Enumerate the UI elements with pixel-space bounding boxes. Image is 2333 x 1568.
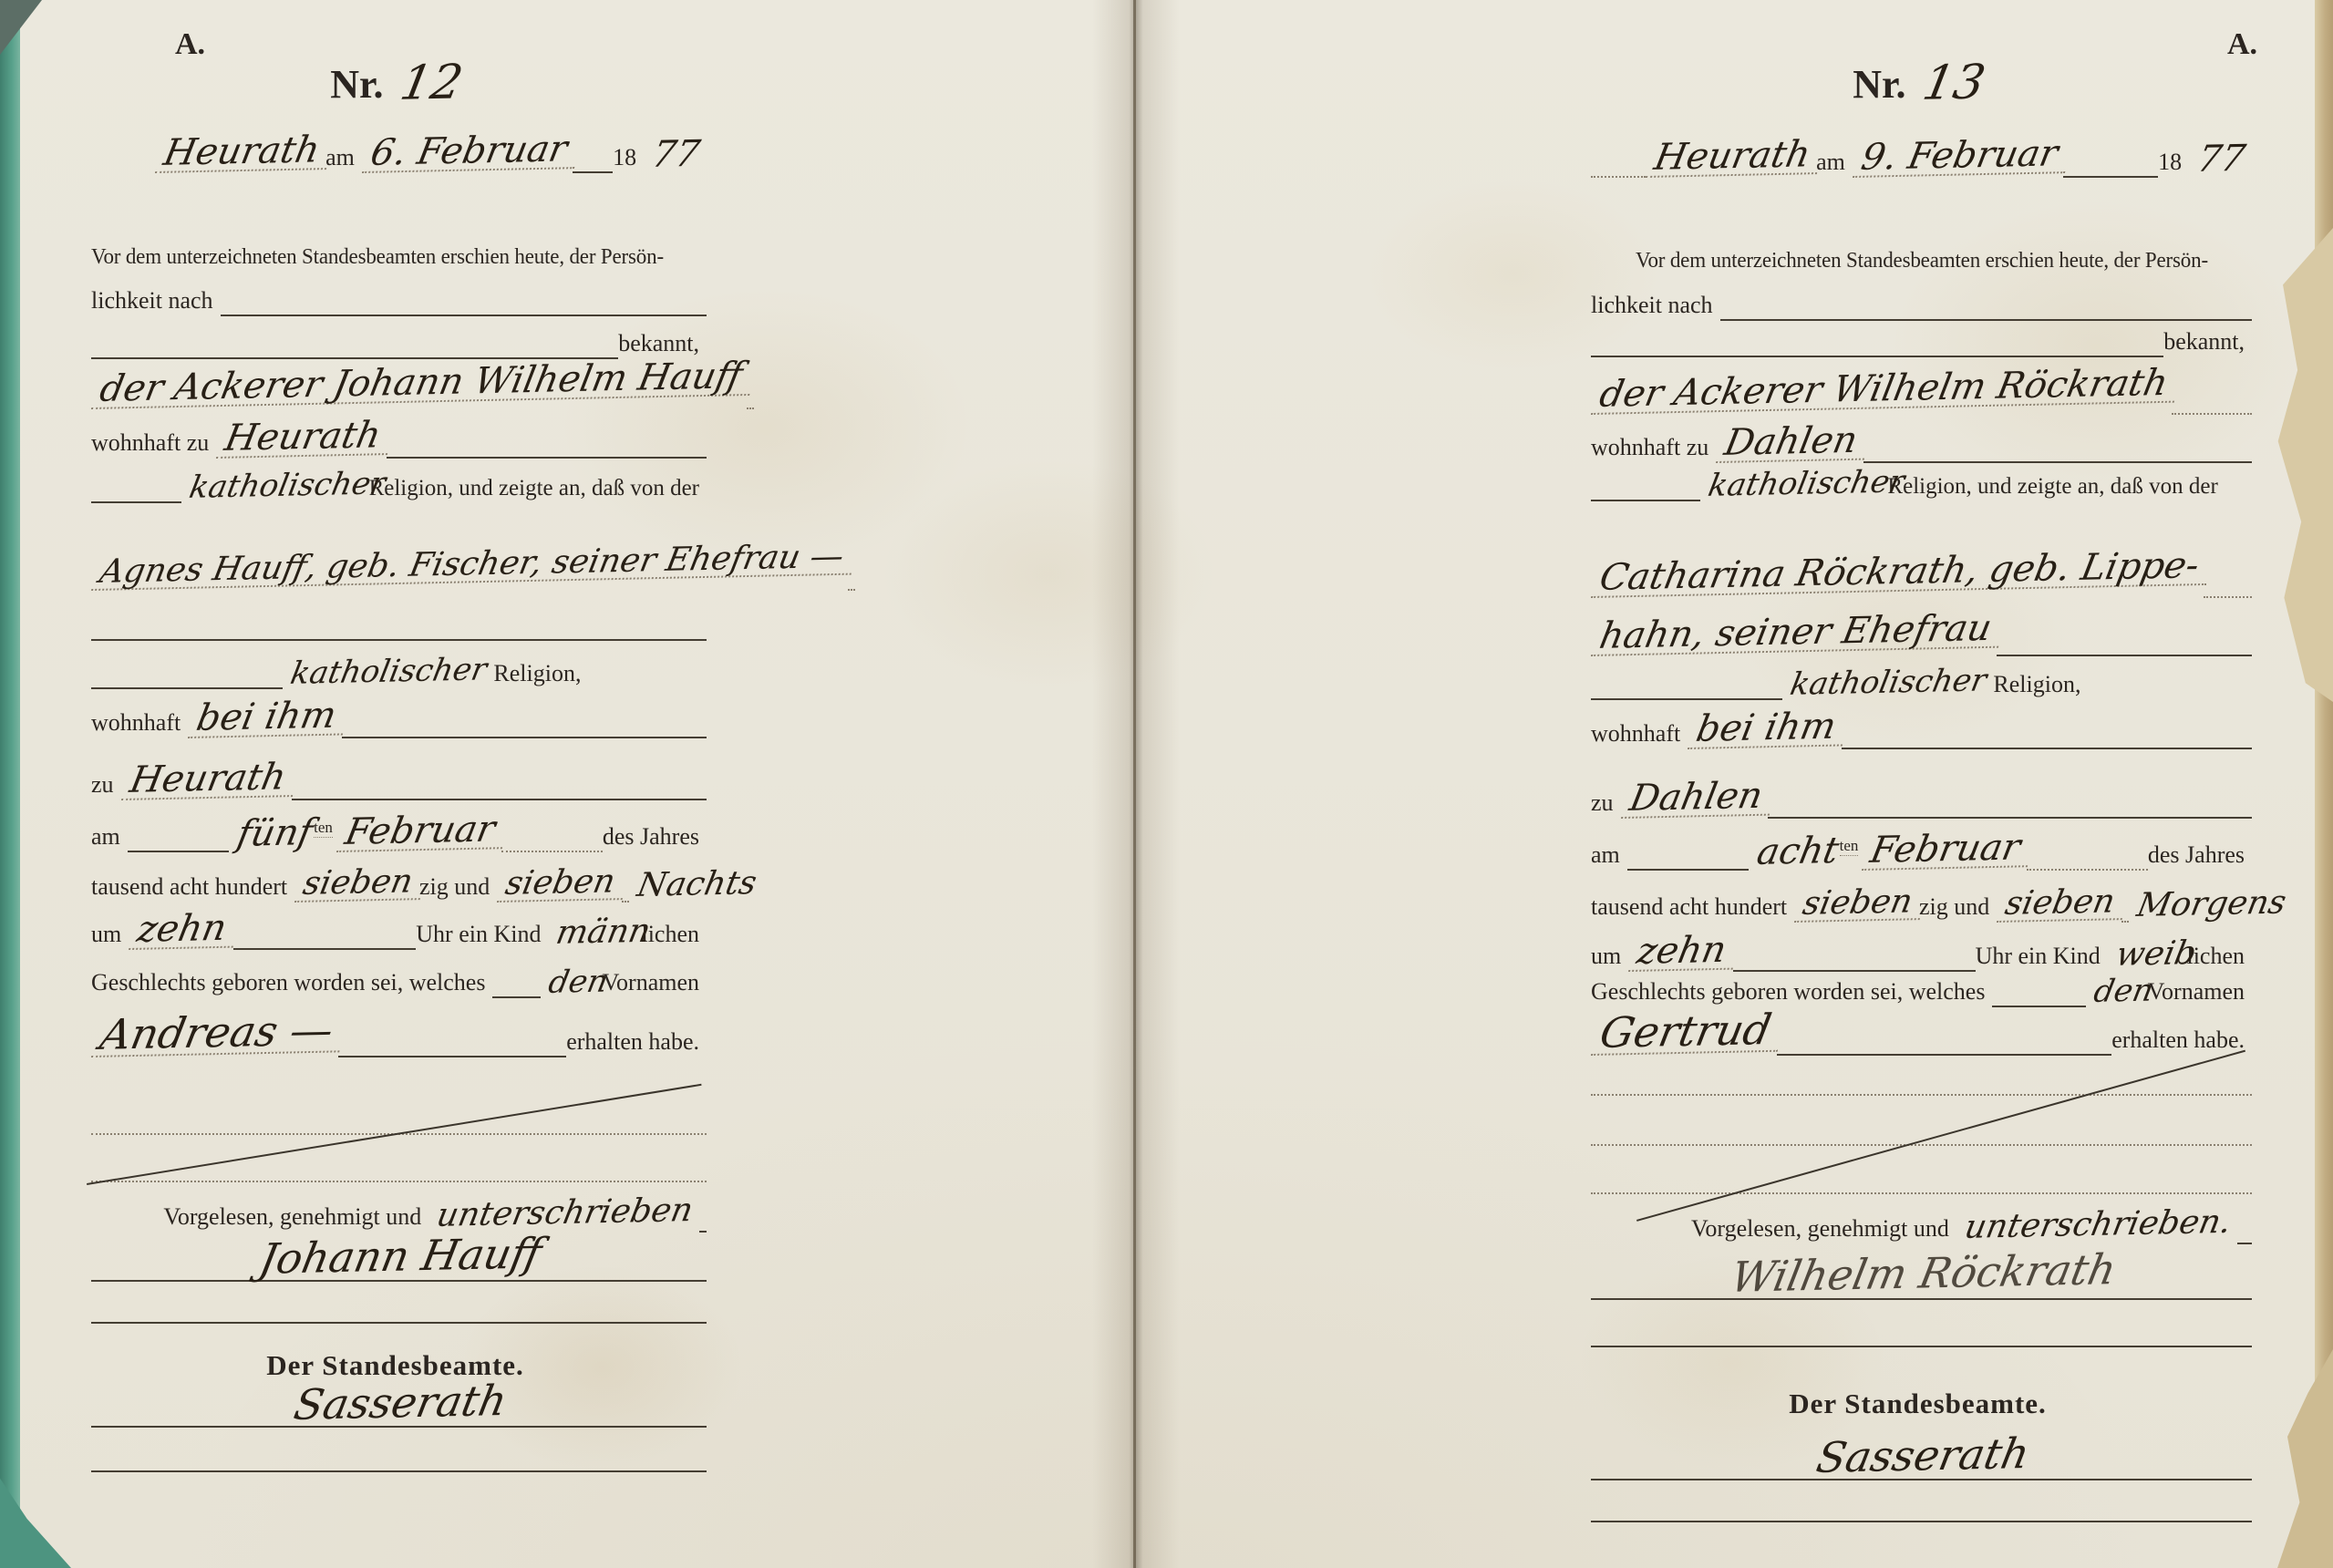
bekannt-label: bekannt, [2163, 328, 2252, 357]
intro-row: Vor dem unterzeichneten Standesbeamten e… [1591, 233, 2252, 275]
geschlechts-row: Geschlechts geboren worden sei, welches … [91, 956, 707, 998]
religion-notice: Religion, und zeigte an, daß von der [1887, 474, 2225, 501]
am-label: am [1591, 841, 1627, 871]
den-handwritten: den [2086, 975, 2167, 1007]
residence-handwritten: Heurath [216, 417, 395, 459]
birthtime-row: um zehn Uhr ein Kind männ lichen [91, 908, 707, 950]
declarant-row: der Ackerer Johann Wilhelm Hauff [91, 367, 707, 409]
dotted-fill [1591, 1144, 2252, 1146]
rule-fill [1591, 698, 1782, 700]
tausend-label: tausend acht hundert [1591, 893, 1794, 923]
religion-row: katholischer Religion, und zeigte an, da… [91, 461, 707, 503]
zu-label: zu [91, 771, 121, 800]
intro-text: Vor dem unterzeichneten Standesbeamten e… [91, 244, 670, 272]
year-handwritten: 77 [2189, 140, 2259, 178]
birthplace-row: zu Dahlen [1591, 777, 2252, 819]
rule-fill [1627, 869, 1749, 871]
uhr-label: Uhr ein Kind [416, 921, 548, 950]
rule-fill [91, 1322, 707, 1324]
record-number-value: 13 [1914, 58, 1999, 108]
lichkeit-label: lichkeit nach [91, 287, 221, 316]
final-rule-row [91, 1430, 707, 1472]
rule-fill [233, 948, 417, 950]
am-label: am [1816, 149, 1853, 178]
date-handwritten: 9. Februar [1853, 135, 2072, 178]
bekannt-row: bekannt, [1591, 315, 2252, 357]
mother-handwritten-2: hahn, seiner Ehefrau [1591, 610, 2006, 656]
year-units-handwritten: sieben [497, 865, 629, 903]
zig-und-label: zig und [1919, 893, 1997, 923]
residence-handwritten: Dahlen [1716, 422, 1872, 463]
birthyear-row: tausend acht hundert sieben zig und sieb… [1591, 881, 2252, 923]
rule-fill [2063, 176, 2158, 178]
dotted-fill [848, 589, 855, 591]
rule-fill [292, 799, 707, 800]
geschlechts-label: Geschlechts geboren worden sei, welches [91, 969, 492, 998]
record-number-row: Nr. 12 [91, 57, 707, 108]
right-page: A. Nr. 13 Heurath am 9. Februar 18 77 Vo… [1135, 0, 2333, 1568]
residence-row: wohnhaft zu Dahlen [1591, 421, 2252, 463]
rule-fill [2237, 1243, 2252, 1244]
zu-label: zu [1591, 789, 1621, 819]
year-tens-handwritten: sieben [1794, 885, 1926, 923]
des-jahres-label: des Jahres [603, 823, 707, 852]
wohnhaft-zu-label: wohnhaft zu [91, 429, 216, 459]
dotted-fill [91, 1181, 707, 1182]
birthplace-handwritten: Dahlen [1621, 778, 1777, 819]
tausend-label: tausend acht hundert [91, 873, 294, 903]
rule-fill [1591, 1521, 2252, 1522]
mother-row-2: hahn, seiner Ehefrau [1591, 607, 2252, 656]
record-number-row: Nr. 13 [1591, 57, 2252, 108]
scanned-register-spread: { "document_type": "German civil birth r… [0, 0, 2333, 1568]
birth-month-handwritten: Februar [1862, 829, 2035, 871]
blank-rule-row [1591, 1305, 2252, 1347]
registrar-signature-row: Sasserath [91, 1380, 707, 1428]
lichkeit-row: lichkeit nach [91, 274, 707, 316]
daypart-handwritten: Nachts [629, 867, 770, 903]
declarant-signature-row: Johann Hauff [91, 1234, 707, 1282]
rule-fill [1997, 655, 2252, 656]
rule-fill [338, 1056, 566, 1057]
nr-label: Nr. [330, 61, 390, 108]
rule-fill [1768, 817, 2252, 819]
rule-fill [1591, 356, 2163, 357]
place-handwritten: Heurath [1646, 136, 1824, 178]
dotted-fill [2204, 596, 2252, 598]
religion-handwritten: katholischer [1700, 466, 1918, 501]
religion2-row: katholischer Religion, [91, 647, 707, 689]
birthplace-row: zu Heurath [91, 758, 707, 800]
intro-text: Vor dem unterzeichneten Standesbeamten e… [1636, 248, 2214, 275]
vorgelesen-label: Vorgelesen, genehmigt und [163, 1203, 428, 1233]
record-number-value: 12 [391, 58, 477, 108]
rule-fill [221, 315, 707, 316]
rule-fill [342, 737, 707, 738]
place-handwritten: Heurath [155, 131, 334, 173]
mother-row: Agnes Hauff, geb. Fischer, seiner Ehefra… [91, 542, 707, 591]
rule-fill [1591, 1346, 2252, 1347]
mother-handwritten: Agnes Hauff, geb. Fischer, seiner Ehefra… [91, 541, 858, 591]
registrar-signature: Sasserath [285, 1379, 521, 1426]
declarant-signature: Johann Hauff [251, 1232, 556, 1280]
birth-day-handwritten: acht [1749, 832, 1853, 871]
mother-residence-handwritten: bei ihm [188, 696, 350, 738]
bekannt-label: bekannt, [618, 330, 707, 359]
religion-notice: Religion, und zeigte an, daß von der [369, 476, 707, 503]
blank-dotted-row [91, 1140, 707, 1182]
declarant-handwritten: der Ackerer Wilhelm Röckrath [1591, 365, 2182, 415]
dotted-fill [1591, 176, 1646, 178]
gender-handwritten: männ [548, 914, 664, 950]
geschlechts-label: Geschlechts geboren worden sei, welches [1591, 978, 1992, 1007]
year-print: 18 [613, 144, 644, 173]
intro-row: Vor dem unterzeichneten Standesbeamten e… [91, 230, 707, 272]
blank-rule-row [91, 1282, 707, 1324]
blank-dotted-row [1591, 1152, 2252, 1194]
child-name-handwritten: Gertrud [1591, 1008, 1786, 1056]
rule-fill [1591, 500, 1700, 501]
religion2-handwritten: katholischer [1782, 665, 2000, 700]
dotted-fill [747, 407, 754, 409]
erhalten-label: erhalten habe. [2111, 1026, 2252, 1056]
declarant-row: der Ackerer Wilhelm Röckrath [1591, 373, 2252, 415]
religion-label: Religion, [1993, 671, 2088, 700]
birthyear-row: tausend acht hundert sieben zig und sieb… [91, 861, 707, 903]
final-rule-row [1591, 1480, 2252, 1522]
mother-residence-row: wohnhaft bei ihm [1591, 707, 2252, 749]
nr-label: Nr. [1853, 61, 1913, 108]
registrar-title-row: Der Standesbeamte. [1591, 1380, 2252, 1422]
vorgelesen-row: Vorgelesen, genehmigt und unterschrieben… [1591, 1202, 2252, 1244]
date-handwritten: 6. Februar [362, 130, 582, 173]
left-page: A. Nr. 12 Heurath am 6. Februar 18 77 Vo… [0, 0, 1135, 1568]
year-tens-handwritten: sieben [294, 865, 427, 903]
unterschrieben-handwritten: unterschrieben. [1956, 1206, 2245, 1244]
mother-row: Catharina Röckrath, geb. Lippe- [1591, 549, 2252, 598]
hour-handwritten: zehn [129, 910, 241, 950]
religion-row: katholischer Religion, und zeigte an, da… [1591, 459, 2252, 501]
bekannt-row: bekannt, [91, 317, 707, 359]
birth-month-handwritten: Februar [336, 810, 510, 852]
wohnhaft-label: wohnhaft [91, 709, 188, 738]
mother-handwritten: Catharina Röckrath, geb. Lippe- [1591, 547, 2213, 598]
declarant-handwritten: der Ackerer Johann Wilhelm Hauff [91, 357, 757, 409]
zig-und-label: zig und [419, 873, 497, 903]
year-handwritten: 77 [644, 136, 714, 173]
religion-handwritten: katholischer [181, 468, 399, 503]
child-name-handwritten: Andreas — [91, 1008, 348, 1057]
birthdate-row: am fünf ten Februar des Jahres [91, 810, 707, 852]
den-handwritten: den [541, 965, 622, 998]
rule-fill [128, 851, 229, 852]
registrar-signature-row: Sasserath [1591, 1433, 2252, 1480]
year-print: 18 [2158, 149, 2189, 178]
daypart-handwritten: Morgens [2129, 886, 2299, 923]
mother-residence-handwritten: bei ihm [1688, 707, 1850, 749]
standesbeamte-label: Der Standesbeamte. [1789, 1387, 2054, 1422]
birth-day-handwritten: fünf [229, 814, 326, 852]
declarant-signature: Wilhelm Röckrath [1722, 1248, 2131, 1298]
rule-fill [91, 687, 283, 689]
rule-fill [1842, 748, 2252, 749]
blank-rule-row [91, 599, 707, 641]
place-date-row: Heurath am 9. Februar 18 77 [1591, 136, 2252, 178]
declarant-signature-row: Wilhelm Röckrath [1591, 1253, 2252, 1300]
dotted-fill [501, 851, 603, 852]
unterschrieben-handwritten: unterschrieben [428, 1194, 707, 1233]
child-name-row: Andreas — erhalten habe. [91, 1008, 707, 1057]
des-jahres-label: des Jahres [2148, 841, 2252, 871]
erhalten-label: erhalten habe. [566, 1028, 707, 1057]
dotted-fill [2027, 869, 2148, 871]
am-label: am [91, 823, 128, 852]
religion-label: Religion, [493, 660, 588, 689]
dotted-fill [2172, 413, 2252, 415]
rule-fill [91, 639, 707, 641]
place-date-row: Heurath am 6. Februar 18 77 [91, 131, 707, 173]
dotted-fill [1591, 1192, 2252, 1194]
am-label: am [325, 144, 362, 173]
wohnhaft-label: wohnhaft [1591, 720, 1688, 749]
rule-fill [91, 501, 181, 503]
um-label: um [91, 921, 129, 950]
birthdate-row: am acht ten Februar des Jahres [1591, 829, 2252, 871]
rule-fill [699, 1231, 707, 1233]
religion2-row: katholischer Religion, [1591, 658, 2252, 700]
rule-fill [492, 996, 540, 998]
dotted-fill [1591, 1094, 2252, 1096]
year-units-handwritten: sieben [1997, 885, 2129, 923]
geschlechts-row: Geschlechts geboren worden sei, welches … [1591, 965, 2252, 1007]
registrar-signature: Sasserath [1808, 1432, 2044, 1479]
rule-fill [387, 457, 707, 459]
mother-residence-row: wohnhaft bei ihm [91, 696, 707, 738]
vorgelesen-label: Vorgelesen, genehmigt und [1691, 1215, 1956, 1244]
religion2-handwritten: katholischer [283, 654, 501, 689]
rule-fill [91, 1470, 707, 1472]
residence-row: wohnhaft zu Heurath [91, 417, 707, 459]
vorgelesen-row: Vorgelesen, genehmigt und unterschrieben [91, 1191, 707, 1233]
child-name-row: Gertrud erhalten habe. [1591, 1006, 2252, 1056]
rule-fill [573, 171, 613, 173]
birthplace-handwritten: Heurath [121, 758, 300, 800]
